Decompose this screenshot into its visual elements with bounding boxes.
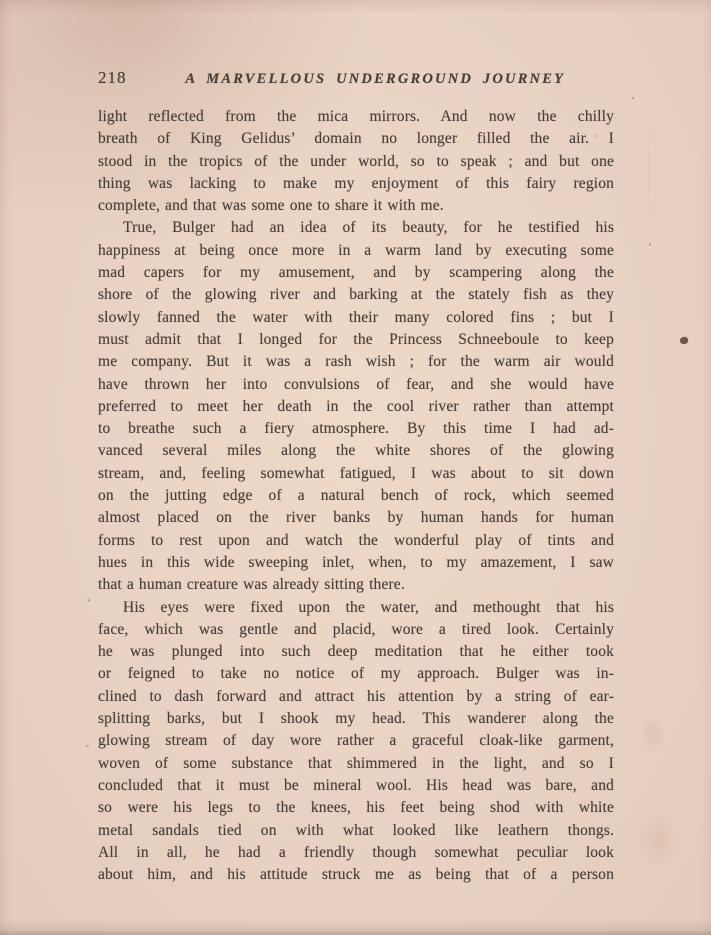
text-line: or feigned to take no notice of my appro…	[98, 663, 614, 685]
text-line: complete, and that was some one to share…	[98, 195, 614, 217]
text-line: woven of some substance that shimmered i…	[98, 753, 614, 775]
text-line: metal sandals tied on with what looked l…	[98, 820, 614, 842]
paper-stain	[636, 810, 680, 870]
text-line: breath of King Gelidus’ domain no longer…	[98, 128, 614, 150]
text-line: me company. But it was a rash wish ; for…	[98, 351, 614, 373]
ink-speck	[596, 135, 598, 137]
text-line: glowing stream of day wore rather a grac…	[98, 730, 614, 752]
text-line: slowly fanned the water with their many …	[98, 307, 614, 329]
text-line: vanced several miles along the white sho…	[98, 440, 614, 462]
text-line: mad capers for my amusement, and by scam…	[98, 262, 614, 284]
text-line: to breathe such a fiery atmosphere. By t…	[98, 418, 614, 440]
book-page-scan: 218 A MARVELLOUS UNDERGROUND JOURNEY lig…	[0, 0, 711, 935]
text-line: happiness at being once more in a warm l…	[98, 240, 614, 262]
text-line: forms to rest upon and watch the wonderf…	[98, 530, 614, 552]
text-line: shore of the glowing river and barking a…	[98, 284, 614, 306]
text-line: True, Bulger had an idea of its beauty, …	[98, 217, 614, 239]
text-line: stood in the tropics of the under world,…	[98, 151, 614, 173]
text-line: so were his legs to the knees, his feet …	[98, 797, 614, 819]
text-line: splitting barks, but I shook my head. Th…	[98, 708, 614, 730]
ink-speck	[88, 599, 90, 602]
text-line: stream, and, feeling somewhat fatigued, …	[98, 463, 614, 485]
text-line: light reflected from the mica mirrors. A…	[98, 106, 614, 128]
page-header: 218 A MARVELLOUS UNDERGROUND JOURNEY	[98, 68, 614, 88]
text-line: clined to dash forward and attract his a…	[98, 686, 614, 708]
text-line: about him, and his attitude struck me as…	[98, 864, 614, 886]
paper-crease	[648, 105, 649, 265]
text-line: preferred to meet her death in the cool …	[98, 396, 614, 418]
text-line: he was plunged into such deep meditation…	[98, 641, 614, 663]
ink-speck	[632, 97, 634, 99]
text-line: have thrown her into convulsions of fear…	[98, 374, 614, 396]
ink-speck	[86, 745, 89, 747]
text-line: His eyes were fixed upon the water, and …	[98, 597, 614, 619]
text-line: that a human creature was already sittin…	[98, 574, 614, 596]
text-line: face, which was gentle and placid, wore …	[98, 619, 614, 641]
running-title: A MARVELLOUS UNDERGROUND JOURNEY	[127, 71, 615, 88]
text-line: concluded that it must be mineral wool. …	[98, 775, 614, 797]
text-line: almost placed on the river banks by huma…	[98, 507, 614, 529]
page-body: light reflected from the mica mirrors. A…	[98, 106, 614, 886]
text-line: thing was lacking to make my enjoyment o…	[98, 173, 614, 195]
ink-speck	[680, 337, 688, 344]
ink-speck	[649, 243, 651, 246]
page-number: 218	[98, 68, 127, 88]
text-line: on the jutting edge of a natural bench o…	[98, 485, 614, 507]
text-line: hues in this wide sweeping inlet, when, …	[98, 552, 614, 574]
text-line: must admit that I longed for the Princes…	[98, 329, 614, 351]
paper-stain	[640, 715, 666, 755]
text-line: All in all, he had a friendly though som…	[98, 842, 614, 864]
